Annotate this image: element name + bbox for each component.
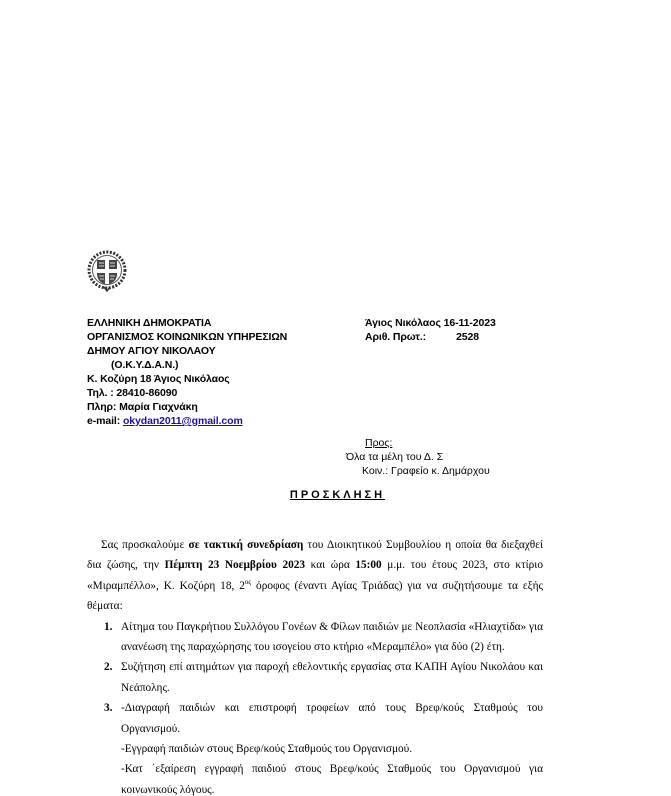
place-date: Άγιος Νικόλαος 16-11-2023 xyxy=(365,316,496,330)
email-line: e-mail: okydan2011@gmail.com xyxy=(87,414,287,428)
org-line-acronym: (Ο.Κ.Υ.Δ.Α.Ν.) xyxy=(87,358,287,372)
agenda-item-text: Συζήτηση επί αιτημάτων για παροχή εθελον… xyxy=(121,661,543,693)
email-link[interactable]: okydan2011@gmail.com xyxy=(123,415,243,427)
intro-paragraph: Σας προσκαλούμε σε τακτική συνεδρίαση το… xyxy=(87,535,543,617)
agenda-item: 2.Συζήτηση επί αιτημάτων για παροχή εθελ… xyxy=(87,657,543,698)
document-body: Σας προσκαλούμε σε τακτική συνεδρίαση το… xyxy=(87,535,543,796)
meeting-date: Πέμπτη 23 Νοεμβρίου 2023 xyxy=(165,559,306,571)
agenda-item-text: Αίτημα του Παγκρήτιου Συλλόγου Γονέων & … xyxy=(121,621,543,653)
email-label: e-mail: xyxy=(87,415,123,427)
protocol-label: Αριθ. Πρωτ.: xyxy=(365,331,426,343)
date-protocol-block: Άγιος Νικόλαος 16-11-2023 Αριθ. Πρωτ.:25… xyxy=(365,316,496,344)
org-line-contact: Πληρ: Μαρία Γιαχνάκη xyxy=(87,400,287,414)
greek-coat-of-arms-icon xyxy=(87,250,127,296)
document-title: ΠΡΟΣΚΛΗΣΗ xyxy=(0,489,671,501)
intro-text: και ώρα xyxy=(305,559,355,571)
protocol-line: Αριθ. Πρωτ.:2528 xyxy=(365,330,496,344)
org-line-address: Κ. Κοζύρη 18 Άγιος Νικόλαος xyxy=(87,372,287,386)
org-line-organization: ΟΡΓΑΝΙΣΜΟΣ ΚΟΙΝΩΝΙΚΩΝ ΥΠΗΡΕΣΙΩΝ xyxy=(87,330,287,344)
agenda-list: 1.Αίτημα του Παγκρήτιου Συλλόγου Γονέων … xyxy=(87,617,543,796)
org-line-municipality: ΔΗΜΟΥ ΑΓΙΟΥ ΝΙΚΟΛΑΟΥ xyxy=(87,344,287,358)
agenda-item: 1.Αίτημα του Παγκρήτιου Συλλόγου Γονέων … xyxy=(87,617,543,658)
sender-block: ΕΛΛΗΝΙΚΗ ΔΗΜΟΚΡΑΤΙΑ ΟΡΓΑΝΙΣΜΟΣ ΚΟΙΝΩΝΙΚΩ… xyxy=(87,316,287,428)
cc-recipients: Κοιν.: Γραφείο κ. Δημάρχου xyxy=(346,464,490,478)
document-page: ΕΛΛΗΝΙΚΗ ΔΗΜΟΚΡΑΤΙΑ ΟΡΓΑΝΙΣΜΟΣ ΚΟΙΝΩΝΙΚΩ… xyxy=(0,0,671,796)
recipients-block: Προς: Όλα τα μέλη του Δ. Σ Κοιν.: Γραφεί… xyxy=(346,436,490,478)
agenda-item-text: -Διαγραφή παιδιών και επιστροφή τροφείων… xyxy=(121,698,543,739)
org-line-country: ΕΛΛΗΝΙΚΗ ΔΗΜΟΚΡΑΤΙΑ xyxy=(87,316,287,330)
agenda-item: 3.-Διαγραφή παιδιών και επιστροφή τροφεί… xyxy=(87,698,543,796)
intro-text: Σας προσκαλούμε xyxy=(101,539,189,551)
protocol-number: 2528 xyxy=(456,330,479,344)
meeting-time: 15:00 xyxy=(355,559,381,571)
org-line-phone: Τηλ. : 28410-86090 xyxy=(87,386,287,400)
agenda-item-text: -Κατ ΄εξαίρεση εγγραφή παιδιού στους Βρε… xyxy=(121,759,543,796)
agenda-item-number: 3. xyxy=(104,698,112,718)
to-recipients: Όλα τα μέλη του Δ. Σ xyxy=(346,450,490,464)
agenda-item-number: 2. xyxy=(104,657,112,677)
to-label: Προς: xyxy=(346,436,490,450)
agenda-item-text: -Εγγραφή παιδιών στους Βρεφ/κούς Σταθμού… xyxy=(121,739,543,759)
meeting-type: σε τακτική συνεδρίαση xyxy=(189,539,304,551)
agenda-item-number: 1. xyxy=(104,617,112,637)
